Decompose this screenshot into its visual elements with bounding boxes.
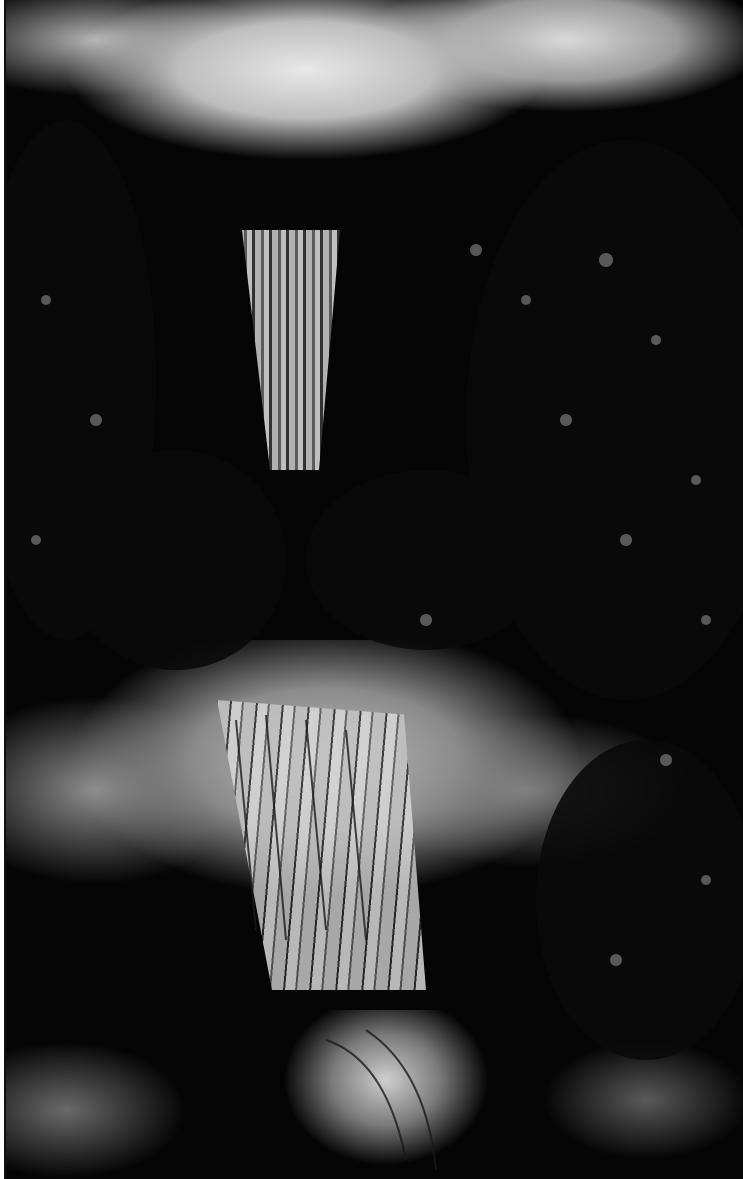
waterfall-photo <box>4 0 743 1179</box>
foliage-overlay <box>6 0 743 1179</box>
